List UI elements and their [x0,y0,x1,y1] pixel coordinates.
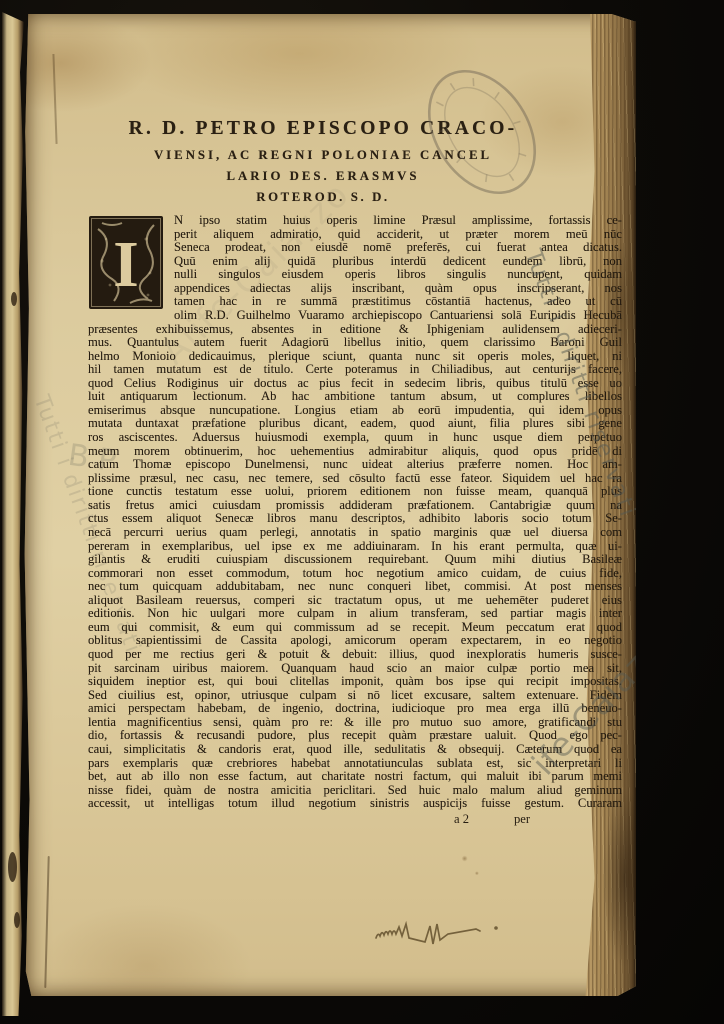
text-line: N ipso statim huius operis limine Præsul… [88,214,622,228]
svg-text:I: I [113,228,139,301]
text-line: mus. Quantulus autem fuerit Adagiorū lib… [88,336,622,350]
text-line: luit antiquarum lectionum. Ab hac ambiti… [88,390,622,404]
text-line: pereram in exemplaribus, uel ipse ex me … [88,540,622,554]
gutter-stain [11,292,17,306]
text-line: tamen hac in re summā præstitimus cōstan… [88,295,622,309]
paragraph-top: N ipso statim huius operis limine Præsul… [88,214,622,309]
book-gutter [2,12,24,1016]
catchword: per [514,812,530,827]
text-line: ros asciscentes. Aduersus huiusmodi exem… [88,431,622,445]
text-line: pars exemplaris quæ crebriores habebat a… [88,757,622,771]
text-line: necā percurri uerius quam perlegi, annot… [88,526,622,540]
paper-crease [52,54,57,144]
text-line: dio, fortassis & recusandi pudore, plus … [88,729,622,743]
library-stamp [412,48,552,216]
text-line: aliquot Basileam reuersus, comperi sic t… [88,594,622,608]
book-photo: Alife-Caiazzo B P Tutti i diritti riserv… [0,0,724,1024]
ink-squiggle-annotation [372,912,502,952]
signature-mark: a 2 [454,812,469,827]
gutter-stain [14,912,20,928]
text-line: accessit, ut intelligas totum illud nego… [88,797,622,811]
text-line: lentia magnificentius sensi, quàm pro re… [88,716,622,730]
text-line: oblitus sapientissimi de Cassita apologi… [88,634,622,648]
text-line: Quū enim alij quidā pluribus interdū ded… [88,255,622,269]
text-line: amici perspectam habebam, de ingenio, do… [88,702,622,716]
text-line: pit sarcinam uiribus maiorem. Quanquam h… [88,662,622,676]
text-line: tione cunctis testatum esse uolui, prior… [88,485,622,499]
book-page: Alife-Caiazzo B P Tutti i diritti riserv… [24,14,636,996]
text-line: ctus essem aliquot Senecæ libros manu de… [88,512,622,526]
text-line: appendices adiectas alijs inscribant, qu… [88,282,622,296]
text-line: satis fretus amici cuiusdam promissis ad… [88,499,622,513]
text-line: bet, aut ab illo non esse factum, aut ch… [88,770,622,784]
text-line: hil tamen mutatum est de titulo. Certe p… [88,363,622,377]
text-line: nulli singulos eiusdem operis libros sin… [88,268,622,282]
text-line: commorari non esset commodum, totum hoc … [88,567,622,581]
text-line: Seneca prodeat, non eiusdē nomē preferēs… [88,241,622,255]
text-line: plissime præsul, nec casu, nec temere, s… [88,472,622,486]
text-line: nec tum quicquam addubitabam, nec nunc c… [88,580,622,594]
letter-body: I N ipso statim huius operis limine Præs… [88,214,622,811]
text-line: editionis. Non hic uulgari more culpam i… [88,607,622,621]
text-line: præsentes exhibuissemus, absentes in edi… [88,323,622,337]
text-line: eum qui commisit, & eum qui commissum ad… [88,621,622,635]
gutter-stain [8,852,17,882]
text-line: catum Thomæ episcopo Dunelmensi, nunc ui… [88,458,622,472]
text-line: caui, simplicitatis & candoris erat, quo… [88,743,622,757]
text-line: emiserimus absque nuncupatione. Longius … [88,404,622,418]
text-line: quod Celius Rodiginus uir doctus ac pius… [88,377,622,391]
text-line: olim R.D. Guilhelmo Vuaramo archiepiscop… [88,309,622,323]
text-line: helmo Monioio dedicauimus, plerique sciu… [88,350,622,364]
text-line: nisse fidei, quàm de nostra amicitia per… [88,784,622,798]
text-line: meum morem obtinuerim, hoc uehementius a… [88,445,622,459]
paper-crease [44,856,49,988]
text-line: siquidem ineptior est, qui boui clitella… [88,675,622,689]
text-line: Sed ciuilius est, opinor, utriusque culp… [88,689,622,703]
text-line: perit aliquem admiratio, quid acciderit,… [88,228,622,242]
text-line: mutata duntaxat præfatione pluribus dica… [88,417,622,431]
text-line: gilantis & eruditi cuiuspiam discussione… [88,553,622,567]
woodcut-initial-I: I [88,215,164,310]
signature-line: a 2 per [88,812,622,828]
paragraph-main: olim R.D. Guilhelmo Vuaramo archiepiscop… [88,309,622,811]
text-line: quod per me rectius geri & potuit & debu… [88,648,622,662]
